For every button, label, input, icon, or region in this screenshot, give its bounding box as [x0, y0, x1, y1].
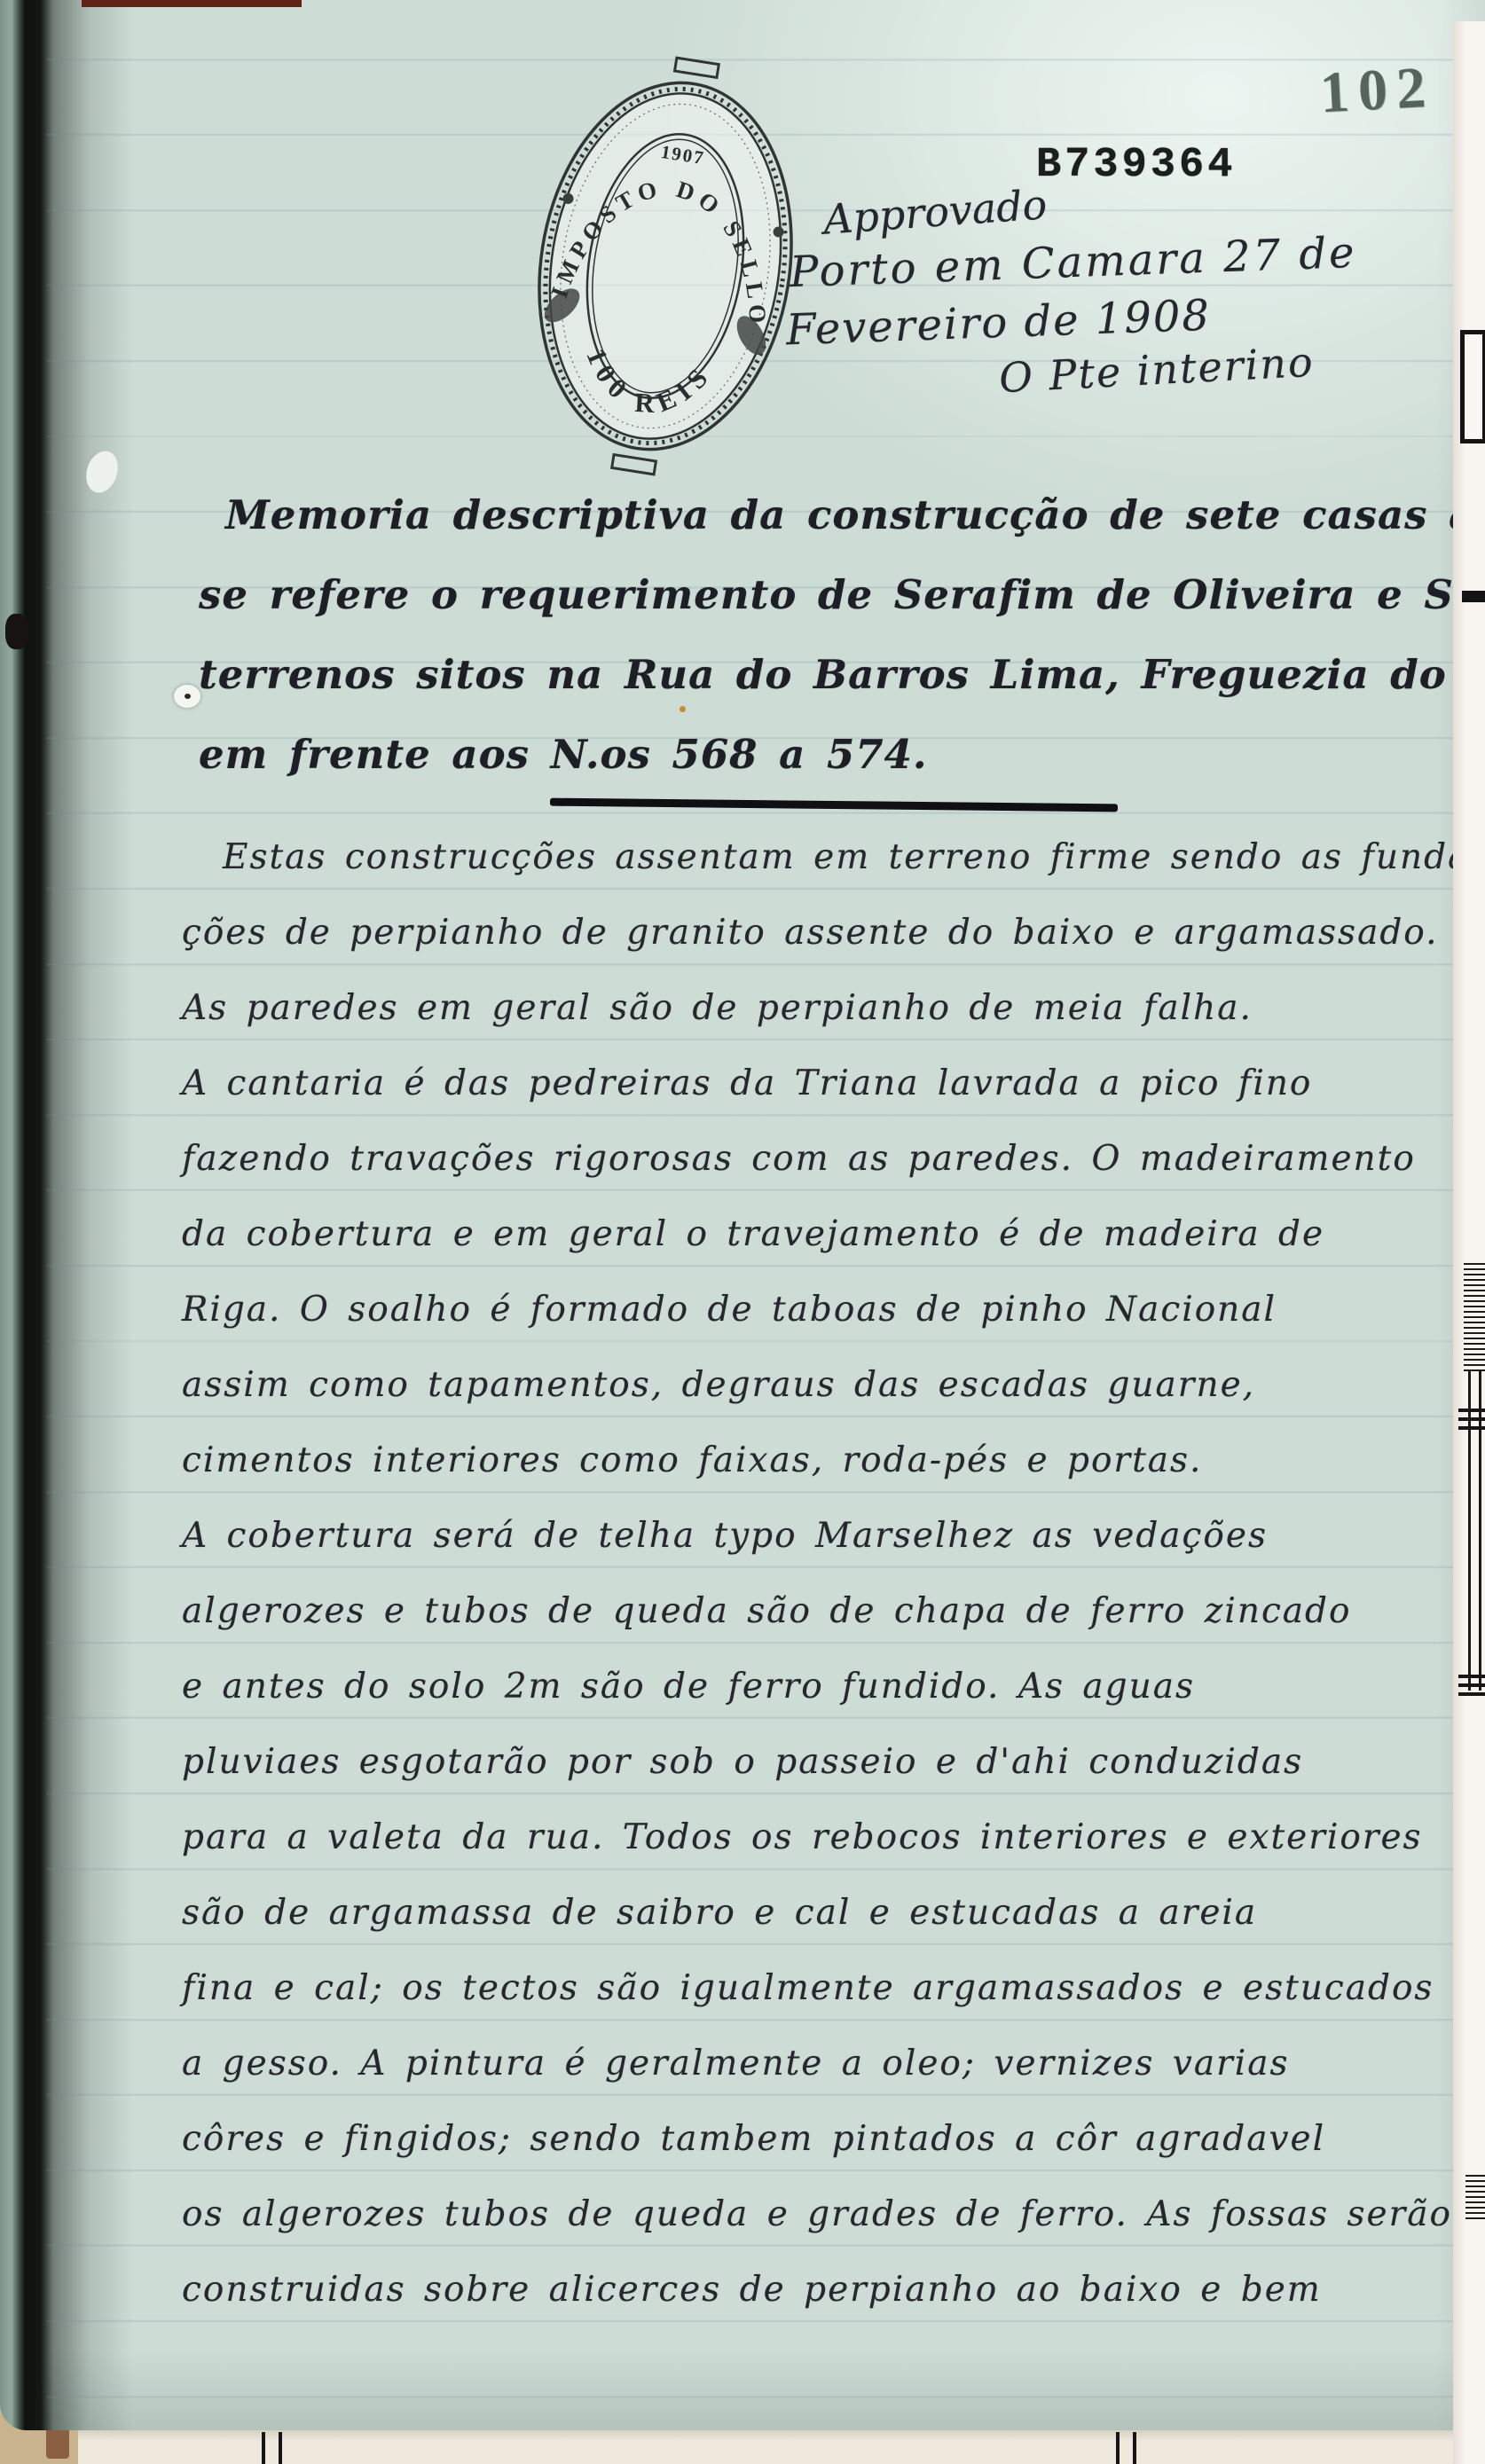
manuscript-scan: IMPOSTO DO SELLO 1907 100 REIS 102 B7393…: [0, 0, 1485, 2464]
drawing-fragment-hatch: [1464, 1332, 1485, 1373]
body-line: cimentos interiores como faixas, roda-pé…: [182, 1423, 1483, 1498]
title-line: Memoria descriptiva da construcção de se…: [199, 475, 1485, 555]
body-line: construidas sobre alicerces de perpianho…: [182, 2252, 1483, 2327]
document-body: Estas construcções assentam em terreno f…: [182, 820, 1483, 2327]
drawing-fragment-hatch: [1465, 2175, 1485, 2223]
body-line: As paredes em geral são de perpianho de …: [182, 970, 1483, 1046]
drawing-fragment-line: [1116, 2432, 1120, 2464]
drawing-fragment-hatch: [1464, 1263, 1485, 1339]
body-line: são de argamassa de saibro e cal e estuc…: [182, 1875, 1483, 1950]
manuscript-page: IMPOSTO DO SELLO 1907 100 REIS 102 B7393…: [0, 0, 1485, 2430]
body-line: e antes do solo 2m são de ferro fundido.…: [182, 1649, 1483, 1724]
body-line: para a valeta da rua. Todos os rebocos i…: [182, 1800, 1483, 1875]
body-line: ções de perpianho de granito assente do …: [182, 895, 1483, 970]
body-line: fazendo travações rigorosas com as pared…: [182, 1121, 1483, 1197]
adjacent-drawing-page: [1453, 21, 1485, 2464]
body-line: côres e fingidos; sendo tambem pintados …: [182, 2101, 1483, 2177]
body-line: a gesso. A pintura é geralmente a oleo; …: [182, 2026, 1483, 2101]
body-line: os algerozes tubos de queda e grades de …: [182, 2177, 1483, 2252]
drawing-fragment-line: [1133, 2432, 1136, 2464]
body-line: A cobertura será de telha typo Marselhez…: [182, 1498, 1483, 1573]
document-title: Memoria descriptiva da construcção de se…: [199, 475, 1485, 795]
body-line: Estas construcções assentam em terreno f…: [182, 820, 1483, 895]
body-line: A cantaria é das pedreiras da Triana lav…: [182, 1046, 1483, 1121]
title-line: terrenos sitos na Rua do Barros Lima, Fr…: [199, 635, 1485, 715]
title-line: em frente aos N.os 568 a 574.: [199, 715, 1485, 795]
body-line: algerozes e tubos de queda são de chapa …: [182, 1573, 1483, 1649]
binding-edge-stain: [82, 0, 302, 7]
drawing-fragment-line: [262, 2432, 265, 2464]
drawing-fragment-capital: [1458, 1409, 1485, 1433]
page-bottom-shadow: [0, 2427, 1485, 2464]
paper-hole: [174, 685, 200, 708]
drawing-fragment-bar: [1462, 591, 1485, 602]
body-line: assim como tapamentos, degraus das escad…: [182, 1347, 1483, 1423]
drawing-fragment-base: [1458, 1675, 1485, 1696]
drawing-fragment-box: [1460, 330, 1485, 443]
title-line: se refere o requerimento de Serafim de O…: [199, 555, 1485, 635]
page-number-stamp: 102: [1318, 54, 1436, 128]
body-line: pluviaes esgotarão por sob o passeio e d…: [182, 1724, 1483, 1800]
revenue-stamp: IMPOSTO DO SELLO 1907 100 REIS: [497, 51, 834, 481]
serial-number-stamp: B739364: [1036, 142, 1236, 189]
body-line: fina e cal; os tectos são igualmente arg…: [182, 1950, 1483, 2026]
drawing-fragment-line: [279, 2432, 282, 2464]
body-line: Riga. O soalho é formado de taboas de pi…: [182, 1272, 1483, 1347]
paper-notch: [5, 614, 28, 649]
body-line: da cobertura e em geral o travejamento é…: [182, 1197, 1483, 1272]
